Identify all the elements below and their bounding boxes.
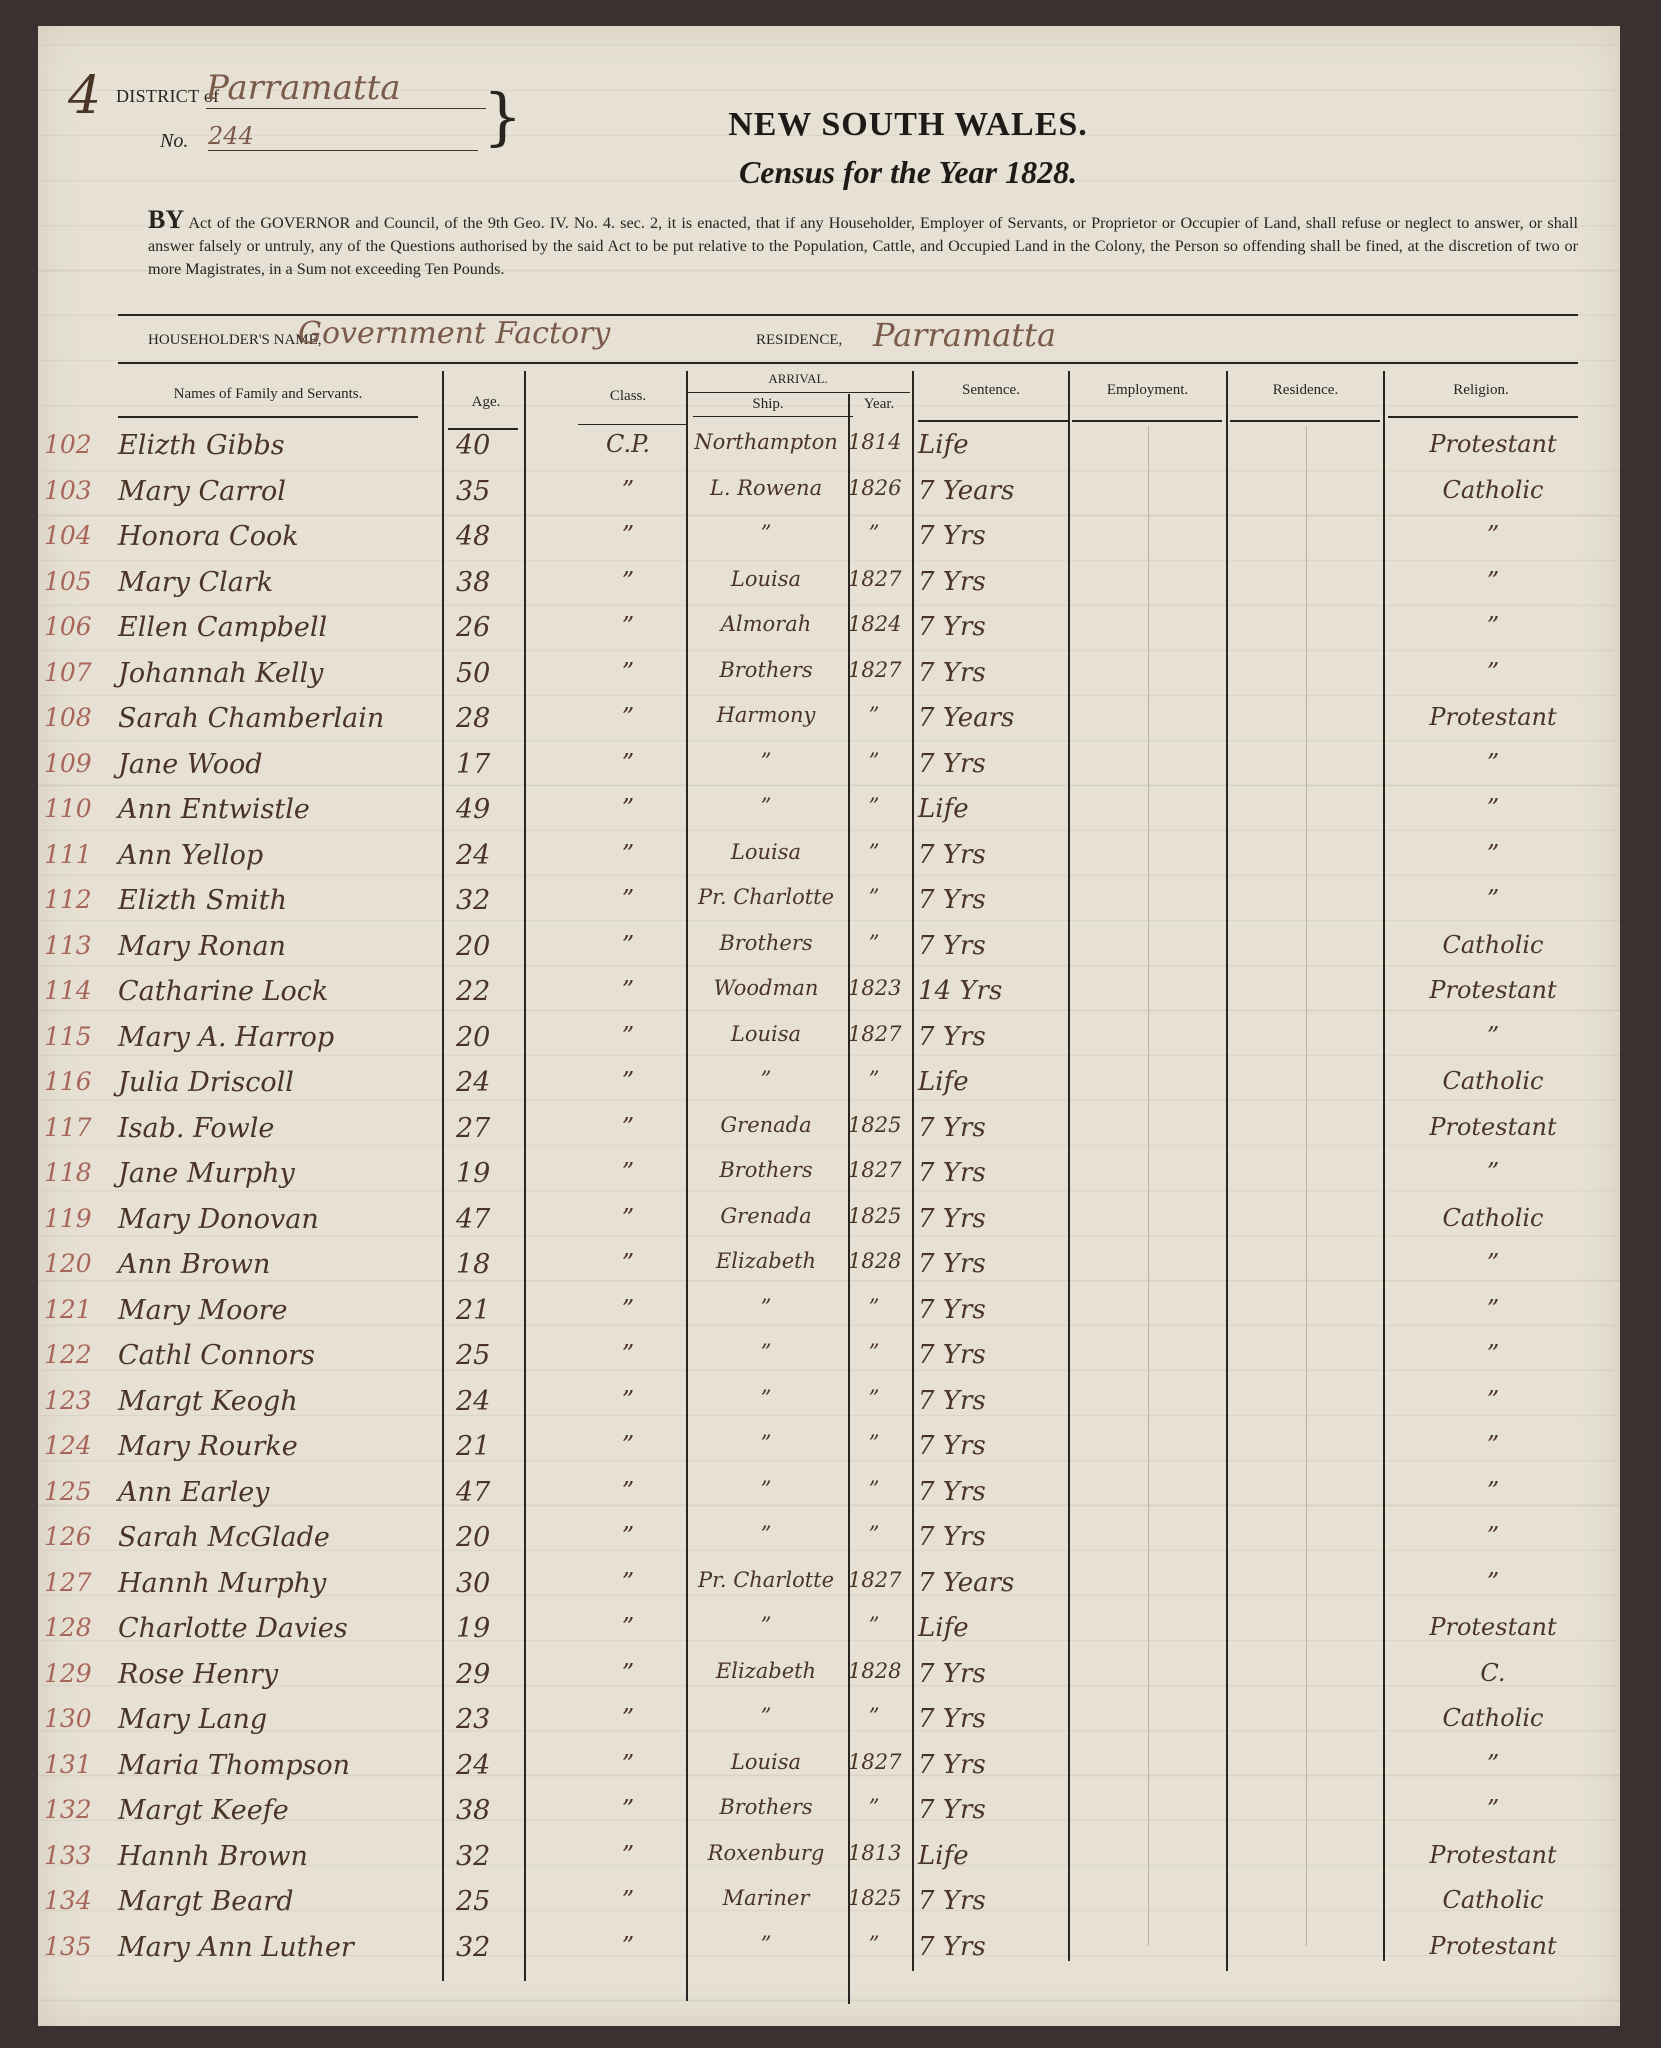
person-name: Elizth Smith xyxy=(118,885,287,916)
table-row: 108 Sarah Chamberlain 28 ” Harmony ” 7 Y… xyxy=(38,703,1620,749)
notice-text: Act of the GOVERNOR and Council, of the … xyxy=(148,214,1578,278)
residence-value: Parramatta xyxy=(873,316,1056,354)
page-subtitle: Census for the Year 1828. xyxy=(558,154,1258,191)
sentence-value: 7 Yrs xyxy=(918,1659,986,1689)
arrival-year: ” xyxy=(848,1431,900,1455)
table-row: 126 Sarah McGlade 20 ” ” ” 7 Yrs ” xyxy=(38,1522,1620,1568)
ship-value: Elizabeth xyxy=(686,1249,846,1273)
ship-value: ” xyxy=(686,1295,846,1319)
sentence-value: 7 Yrs xyxy=(918,1704,986,1734)
religion-value: ” xyxy=(1378,612,1608,640)
religion-value: Protestant xyxy=(1378,1932,1608,1960)
arrival-year: ” xyxy=(848,794,900,818)
person-name: Mary A. Harrop xyxy=(118,1022,334,1053)
person-name: Catharine Lock xyxy=(118,976,328,1007)
row-number: 130 xyxy=(44,1704,92,1733)
row-number: 121 xyxy=(44,1295,92,1324)
religion-value: ” xyxy=(1378,1522,1608,1550)
notice-lead: BY xyxy=(148,205,184,234)
sentence-value: Life xyxy=(918,430,969,460)
class-value: ” xyxy=(583,976,673,1004)
ship-value: ” xyxy=(686,1340,846,1364)
row-number: 115 xyxy=(44,1022,92,1051)
sentence-value: 7 Yrs xyxy=(918,1386,986,1416)
age-value: 32 xyxy=(456,1841,490,1872)
sentence-value: 7 Yrs xyxy=(918,1158,986,1188)
person-name: Mary Donovan xyxy=(118,1204,319,1235)
arrival-year: 1827 xyxy=(848,658,900,682)
sentence-value: 7 Yrs xyxy=(918,931,986,961)
arrival-year: ” xyxy=(848,1295,900,1319)
table-row: 130 Mary Lang 23 ” ” ” 7 Yrs Catholic xyxy=(38,1704,1620,1750)
ship-value: Louisa xyxy=(686,567,846,591)
arrival-year: 1825 xyxy=(848,1204,900,1228)
religion-value: ” xyxy=(1378,1340,1608,1368)
class-value: ” xyxy=(583,1841,673,1869)
religion-value: ” xyxy=(1378,1568,1608,1596)
age-value: 22 xyxy=(456,976,490,1007)
religion-value: ” xyxy=(1378,840,1608,868)
sentence-value: 7 Yrs xyxy=(918,1295,986,1325)
header-year: Year. xyxy=(850,396,908,413)
divider xyxy=(578,424,688,425)
age-value: 27 xyxy=(456,1113,490,1144)
table-row: 128 Charlotte Davies 19 ” ” ” Life Prote… xyxy=(38,1613,1620,1659)
sentence-value: Life xyxy=(918,1067,969,1097)
table-row: 122 Cathl Connors 25 ” ” ” 7 Yrs ” xyxy=(38,1340,1620,1386)
divider xyxy=(1230,420,1380,422)
person-name: Charlotte Davies xyxy=(118,1613,348,1644)
class-value: ” xyxy=(583,1795,673,1823)
religion-value: Catholic xyxy=(1378,1886,1608,1914)
religion-value: ” xyxy=(1378,1158,1608,1186)
ship-value: Grenada xyxy=(686,1113,846,1137)
age-value: 24 xyxy=(456,840,490,871)
person-name: Rose Henry xyxy=(118,1659,278,1690)
class-value: ” xyxy=(583,1704,673,1732)
sentence-value: 7 Yrs xyxy=(918,1113,986,1143)
age-value: 48 xyxy=(456,521,490,552)
class-value: ” xyxy=(583,1158,673,1186)
table-row: 114 Catharine Lock 22 ” Woodman 1823 14 … xyxy=(38,976,1620,1022)
sentence-value: 7 Yrs xyxy=(918,840,986,870)
district-label: DISTRICT of xyxy=(116,86,219,107)
arrival-year: 1813 xyxy=(848,1841,900,1865)
arrival-year: 1824 xyxy=(848,612,900,636)
row-number: 116 xyxy=(44,1067,92,1096)
class-value: ” xyxy=(583,567,673,595)
arrival-year: 1827 xyxy=(848,1750,900,1774)
householder-value: Government Factory xyxy=(298,316,610,351)
person-name: Jane Murphy xyxy=(118,1158,295,1189)
religion-value: ” xyxy=(1378,521,1608,549)
person-name: Elizth Gibbs xyxy=(118,430,285,461)
age-value: 19 xyxy=(456,1158,490,1189)
sentence-value: 7 Yrs xyxy=(918,658,986,688)
row-number: 113 xyxy=(44,931,92,960)
row-number: 134 xyxy=(44,1886,92,1915)
table-row: 107 Johannah Kelly 50 ” Brothers 1827 7 … xyxy=(38,658,1620,704)
header-employment: Employment. xyxy=(1070,382,1225,399)
sentence-value: Life xyxy=(918,1841,969,1871)
age-value: 35 xyxy=(456,476,490,507)
age-value: 40 xyxy=(456,430,490,461)
row-number: 114 xyxy=(44,976,92,1005)
number-value: 244 xyxy=(208,122,478,151)
ship-value: ” xyxy=(686,1386,846,1410)
person-name: Jane Wood xyxy=(118,749,263,780)
religion-value: Catholic xyxy=(1378,1067,1608,1095)
class-value: ” xyxy=(583,476,673,504)
arrival-year: ” xyxy=(848,703,900,727)
row-number: 112 xyxy=(44,885,92,914)
page-number: 4 xyxy=(68,66,101,126)
age-value: 24 xyxy=(456,1750,490,1781)
person-name: Mary Ronan xyxy=(118,931,286,962)
religion-value: ” xyxy=(1378,885,1608,913)
person-name: Ellen Campbell xyxy=(118,612,327,643)
sentence-value: 7 Yrs xyxy=(918,1249,986,1279)
religion-value: ” xyxy=(1378,1022,1608,1050)
class-value: ” xyxy=(583,1750,673,1778)
age-value: 20 xyxy=(456,1522,490,1553)
person-name: Julia Driscoll xyxy=(118,1067,294,1098)
religion-value: Catholic xyxy=(1378,931,1608,959)
sentence-value: 7 Yrs xyxy=(918,1886,986,1916)
class-value: ” xyxy=(583,1522,673,1550)
age-value: 32 xyxy=(456,1932,490,1963)
age-value: 49 xyxy=(456,794,490,825)
table-row: 112 Elizth Smith 32 ” Pr. Charlotte ” 7 … xyxy=(38,885,1620,931)
class-value: ” xyxy=(583,1204,673,1232)
header-religion: Religion. xyxy=(1386,382,1576,399)
person-name: Margt Keefe xyxy=(118,1795,289,1826)
age-value: 21 xyxy=(456,1431,490,1462)
table-row: 104 Honora Cook 48 ” ” ” 7 Yrs ” xyxy=(38,521,1620,567)
arrival-year: 1827 xyxy=(848,1022,900,1046)
sentence-value: 7 Yrs xyxy=(918,1022,986,1052)
person-name: Sarah McGlade xyxy=(118,1522,330,1553)
arrival-year: ” xyxy=(848,1340,900,1364)
class-value: ” xyxy=(583,1022,673,1050)
table-row: 134 Margt Beard 25 ” Mariner 1825 7 Yrs … xyxy=(38,1886,1620,1932)
arrival-year: 1828 xyxy=(848,1659,900,1683)
person-name: Mary Moore xyxy=(118,1295,288,1326)
row-number: 117 xyxy=(44,1113,92,1142)
class-value: ” xyxy=(583,1886,673,1914)
person-name: Margt Keogh xyxy=(118,1386,298,1417)
age-value: 24 xyxy=(456,1067,490,1098)
class-value: ” xyxy=(583,1295,673,1323)
table-row: 131 Maria Thompson 24 ” Louisa 1827 7 Yr… xyxy=(38,1750,1620,1796)
table-row: 116 Julia Driscoll 24 ” ” ” Life Catholi… xyxy=(38,1067,1620,1113)
divider xyxy=(1388,416,1578,418)
row-number: 133 xyxy=(44,1841,92,1870)
person-name: Mary Ann Luther xyxy=(118,1932,354,1963)
header-age: Age. xyxy=(446,394,526,411)
class-value: ” xyxy=(583,1067,673,1095)
arrival-year: ” xyxy=(848,1932,900,1956)
person-name: Honora Cook xyxy=(118,521,299,552)
row-number: 128 xyxy=(44,1613,92,1642)
ship-value: Brothers xyxy=(686,658,846,682)
ship-value: ” xyxy=(686,1067,846,1091)
row-number: 127 xyxy=(44,1568,92,1597)
age-value: 20 xyxy=(456,931,490,962)
arrival-year: ” xyxy=(848,1067,900,1091)
ship-value: Louisa xyxy=(686,1022,846,1046)
table-row: 123 Margt Keogh 24 ” ” ” 7 Yrs ” xyxy=(38,1386,1620,1432)
arrival-year: 1827 xyxy=(848,1568,900,1592)
class-value: ” xyxy=(583,703,673,731)
divider xyxy=(918,420,1068,422)
header-names: Names of Family and Servants. xyxy=(118,386,418,403)
class-value: ” xyxy=(583,1113,673,1141)
arrival-year: ” xyxy=(848,1522,900,1546)
header-class: Class. xyxy=(568,388,688,405)
ship-value: Mariner xyxy=(686,1886,846,1910)
ship-value: ” xyxy=(686,1704,846,1728)
religion-value: Catholic xyxy=(1378,1704,1608,1732)
religion-value: ” xyxy=(1378,1477,1608,1505)
ship-value: Brothers xyxy=(686,1158,846,1182)
class-value: ” xyxy=(583,612,673,640)
sentence-value: 14 Yrs xyxy=(918,976,1002,1006)
sentence-value: 7 Yrs xyxy=(918,612,986,642)
religion-value: Protestant xyxy=(1378,430,1608,458)
class-value: ” xyxy=(583,1431,673,1459)
arrival-year: 1825 xyxy=(848,1113,900,1137)
sentence-value: 7 Years xyxy=(918,1568,1014,1598)
arrival-year: 1825 xyxy=(848,1886,900,1910)
sentence-value: 7 Yrs xyxy=(918,885,986,915)
sentence-value: 7 Years xyxy=(918,703,1014,733)
row-number: 109 xyxy=(44,749,92,778)
sentence-value: 7 Yrs xyxy=(918,749,986,779)
sentence-value: 7 Yrs xyxy=(918,1340,986,1370)
sentence-value: 7 Yrs xyxy=(918,567,986,597)
class-value: ” xyxy=(583,749,673,777)
class-value: ” xyxy=(583,1249,673,1277)
row-number: 104 xyxy=(44,521,92,550)
ship-value: ” xyxy=(686,1477,846,1501)
table-row: 125 Ann Earley 47 ” ” ” 7 Yrs ” xyxy=(38,1477,1620,1523)
arrival-year: ” xyxy=(848,840,900,864)
residence-label: RESIDENCE, xyxy=(756,332,842,349)
religion-value: ” xyxy=(1378,1295,1608,1323)
arrival-year: ” xyxy=(848,1477,900,1501)
class-value: ” xyxy=(583,885,673,913)
age-value: 19 xyxy=(456,1613,490,1644)
class-value: ” xyxy=(583,1386,673,1414)
ship-value: Grenada xyxy=(686,1204,846,1228)
arrival-year: 1828 xyxy=(848,1249,900,1273)
class-value: ” xyxy=(583,931,673,959)
arrival-year: 1823 xyxy=(848,976,900,1000)
row-number: 102 xyxy=(44,430,92,459)
table-row: 132 Margt Keefe 38 ” Brothers ” 7 Yrs ” xyxy=(38,1795,1620,1841)
person-name: Cathl Connors xyxy=(118,1340,315,1371)
person-name: Mary Carrol xyxy=(118,476,286,507)
arrival-year: ” xyxy=(848,521,900,545)
arrival-year: 1827 xyxy=(848,567,900,591)
row-number: 120 xyxy=(44,1249,92,1278)
row-number: 132 xyxy=(44,1795,92,1824)
row-number: 111 xyxy=(44,840,92,869)
religion-value: Protestant xyxy=(1378,976,1608,1004)
religion-value: ” xyxy=(1378,1431,1608,1459)
page-title: NEW SOUTH WALES. xyxy=(558,106,1258,144)
age-value: 30 xyxy=(456,1568,490,1599)
ship-value: ” xyxy=(686,1522,846,1546)
age-value: 38 xyxy=(456,567,490,598)
sentence-value: 7 Yrs xyxy=(918,1204,986,1234)
age-value: 28 xyxy=(456,703,490,734)
row-number: 126 xyxy=(44,1522,92,1551)
table-row: 115 Mary A. Harrop 20 ” Louisa 1827 7 Yr… xyxy=(38,1022,1620,1068)
table-row: 121 Mary Moore 21 ” ” ” 7 Yrs ” xyxy=(38,1295,1620,1341)
table-row: 103 Mary Carrol 35 ” L. Rowena 1826 7 Ye… xyxy=(38,476,1620,522)
arrival-year: ” xyxy=(848,1613,900,1637)
ship-value: L. Rowena xyxy=(686,476,846,500)
ship-value: Pr. Charlotte xyxy=(686,1568,846,1592)
class-value: ” xyxy=(583,1932,673,1960)
row-number: 110 xyxy=(44,794,92,823)
religion-value: Protestant xyxy=(1378,1113,1608,1141)
age-value: 24 xyxy=(456,1386,490,1417)
number-label: No. xyxy=(160,130,188,153)
class-value: ” xyxy=(583,1659,673,1687)
class-value: ” xyxy=(583,794,673,822)
religion-value: Catholic xyxy=(1378,476,1608,504)
person-name: Isab. Fowle xyxy=(118,1113,274,1144)
row-number: 105 xyxy=(44,567,92,596)
row-number: 123 xyxy=(44,1386,92,1415)
ship-value: Elizabeth xyxy=(686,1659,846,1683)
table-row: 110 Ann Entwistle 49 ” ” ” Life ” xyxy=(38,794,1620,840)
table-row: 106 Ellen Campbell 26 ” Almorah 1824 7 Y… xyxy=(38,612,1620,658)
religion-value: ” xyxy=(1378,1750,1608,1778)
religion-value: ” xyxy=(1378,1795,1608,1823)
ship-value: Louisa xyxy=(686,840,846,864)
ship-value: ” xyxy=(686,1613,846,1637)
religion-value: ” xyxy=(1378,658,1608,686)
table-row: 127 Hannh Murphy 30 ” Pr. Charlotte 1827… xyxy=(38,1568,1620,1614)
arrival-year: 1827 xyxy=(848,1158,900,1182)
age-value: 47 xyxy=(456,1477,490,1508)
table-row: 118 Jane Murphy 19 ” Brothers 1827 7 Yrs… xyxy=(38,1158,1620,1204)
religion-value: ” xyxy=(1378,1249,1608,1277)
row-number: 124 xyxy=(44,1431,92,1460)
age-value: 26 xyxy=(456,612,490,643)
person-name: Ann Brown xyxy=(118,1249,270,1280)
religion-value: ” xyxy=(1378,794,1608,822)
divider xyxy=(1072,420,1222,422)
row-number: 118 xyxy=(44,1158,92,1187)
row-number: 135 xyxy=(44,1932,92,1961)
table-row: 109 Jane Wood 17 ” ” ” 7 Yrs ” xyxy=(38,749,1620,795)
class-value: ” xyxy=(583,1568,673,1596)
arrival-year: 1826 xyxy=(848,476,900,500)
class-value: ” xyxy=(583,1477,673,1505)
age-value: 50 xyxy=(456,658,490,689)
person-name: Ann Yellop xyxy=(118,840,263,871)
class-value: ” xyxy=(583,840,673,868)
religion-value: ” xyxy=(1378,567,1608,595)
arrival-year: ” xyxy=(848,885,900,909)
person-name: Ann Entwistle xyxy=(118,794,310,825)
sentence-value: 7 Yrs xyxy=(918,1750,986,1780)
age-value: 29 xyxy=(456,1659,490,1690)
ship-value: Harmony xyxy=(686,703,846,727)
person-name: Ann Earley xyxy=(118,1477,269,1508)
person-name: Mary Rourke xyxy=(118,1431,298,1462)
sentence-value: Life xyxy=(918,794,969,824)
ship-value: ” xyxy=(686,794,846,818)
person-name: Margt Beard xyxy=(118,1886,293,1917)
person-name: Hannh Brown xyxy=(118,1841,308,1872)
sentence-value: 7 Yrs xyxy=(918,1795,986,1825)
arrival-year: ” xyxy=(848,1386,900,1410)
arrival-year: ” xyxy=(848,1795,900,1819)
arrival-year: 1814 xyxy=(848,430,900,454)
ship-value: Roxenburg xyxy=(686,1841,846,1865)
divider xyxy=(118,362,1578,364)
age-value: 32 xyxy=(456,885,490,916)
header-arrival: ARRIVAL. xyxy=(688,371,908,387)
ship-value: Brothers xyxy=(686,1795,846,1819)
sentence-value: 7 Yrs xyxy=(918,1431,986,1461)
ship-value: ” xyxy=(686,1932,846,1956)
row-number: 106 xyxy=(44,612,92,641)
religion-value: C. xyxy=(1378,1659,1608,1687)
legal-notice: BY Act of the GOVERNOR and Council, of t… xyxy=(148,208,1578,281)
age-value: 47 xyxy=(456,1204,490,1235)
arrival-year: ” xyxy=(848,1704,900,1728)
table-row: 105 Mary Clark 38 ” Louisa 1827 7 Yrs ” xyxy=(38,567,1620,613)
ship-value: ” xyxy=(686,749,846,773)
age-value: 25 xyxy=(456,1340,490,1371)
table-row: 102 Elizth Gibbs 40 C.P. Northampton 181… xyxy=(38,430,1620,476)
person-name: Maria Thompson xyxy=(118,1750,350,1781)
age-value: 17 xyxy=(456,749,490,780)
header-residence: Residence. xyxy=(1228,382,1383,399)
class-value: ” xyxy=(583,1340,673,1368)
row-number: 108 xyxy=(44,703,92,732)
religion-value: Protestant xyxy=(1378,1841,1608,1869)
row-number: 119 xyxy=(44,1204,92,1233)
table-row: 135 Mary Ann Luther 32 ” ” ” 7 Yrs Prote… xyxy=(38,1932,1620,1978)
divider xyxy=(688,392,910,393)
header-ship: Ship. xyxy=(688,396,848,413)
ship-value: Brothers xyxy=(686,931,846,955)
person-name: Mary Lang xyxy=(118,1704,267,1735)
person-name: Johannah Kelly xyxy=(118,658,323,689)
age-value: 18 xyxy=(456,1249,490,1280)
row-number: 122 xyxy=(44,1340,92,1369)
table-row: 129 Rose Henry 29 ” Elizabeth 1828 7 Yrs… xyxy=(38,1659,1620,1705)
religion-value: ” xyxy=(1378,749,1608,777)
religion-value: ” xyxy=(1378,1386,1608,1414)
religion-value: Catholic xyxy=(1378,1204,1608,1232)
class-value: ” xyxy=(583,658,673,686)
religion-value: Protestant xyxy=(1378,703,1608,731)
sentence-value: 7 Years xyxy=(918,476,1014,506)
person-name: Mary Clark xyxy=(118,567,273,598)
age-value: 23 xyxy=(456,1704,490,1735)
arrival-year: ” xyxy=(848,749,900,773)
printer-imprint xyxy=(1408,1972,1411,1983)
